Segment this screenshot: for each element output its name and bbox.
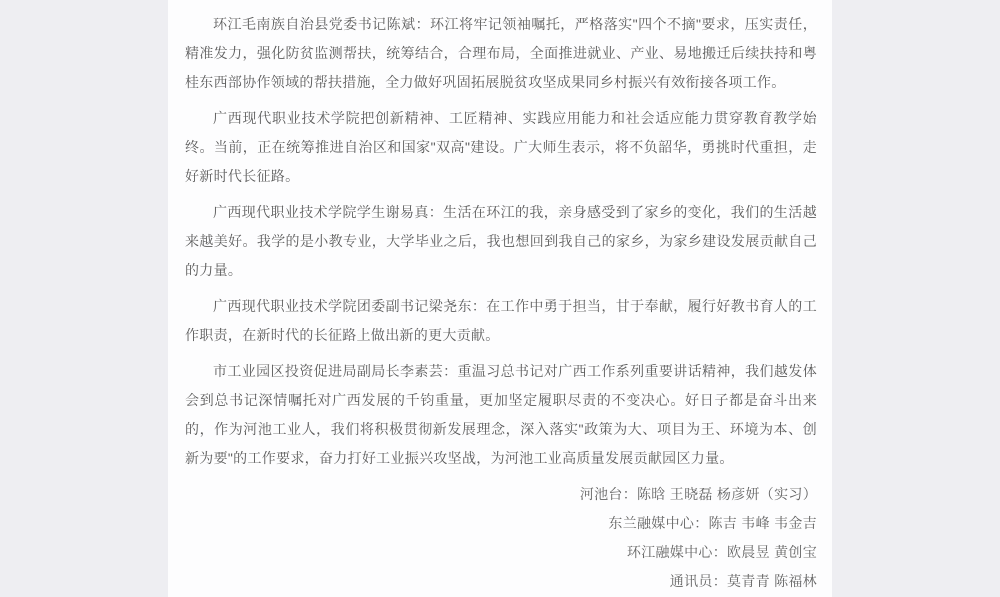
article-body: 环江毛南族自治县党委书记陈斌：环江将牢记领袖嘱托，严格落实"四个不摘"要求，压实…	[185, 10, 817, 473]
credit-line-donglan-media-center: 东兰融媒中心：陈吉 韦峰 韦金吉	[185, 509, 817, 538]
article-content-panel: 环江毛南族自治县党委书记陈斌：环江将牢记领袖嘱托，严格落实"四个不摘"要求，压实…	[168, 0, 832, 597]
article-credits: 河池台：陈晗 王晓磊 杨彦妍（实习） 东兰融媒中心：陈吉 韦峰 韦金吉 环江融媒…	[185, 480, 817, 596]
page-background: 环江毛南族自治县党委书记陈斌：环江将牢记领袖嘱托，严格落实"四个不摘"要求，压实…	[0, 0, 1000, 597]
article-paragraph-quote-county-secretary: 环江毛南族自治县党委书记陈斌：环江将牢记领袖嘱托，严格落实"四个不摘"要求，压实…	[185, 10, 817, 97]
article-paragraph-college-overview: 广西现代职业技术学院把创新精神、工匠精神、实践应用能力和社会适应能力贯穿教育教学…	[185, 104, 817, 191]
article-paragraph-quote-league-secretary: 广西现代职业技术学院团委副书记梁尧东：在工作中勇于担当，甘于奉献，履行好教书育人…	[185, 292, 817, 350]
credit-line-hechi-station: 河池台：陈晗 王晓磊 杨彦妍（实习）	[185, 480, 817, 509]
credit-line-correspondents: 通讯员：莫青青 陈福林	[185, 567, 817, 596]
credit-line-huanjiang-media-center: 环江融媒中心：欧晨昱 黄创宝	[185, 538, 817, 567]
article-paragraph-quote-student: 广西现代职业技术学院学生谢易真：生活在环江的我，亲身感受到了家乡的变化，我们的生…	[185, 198, 817, 285]
article-paragraph-quote-bureau-director: 市工业园区投资促进局副局长李素芸：重温习总书记对广西工作系列重要讲话精神，我们越…	[185, 357, 817, 473]
